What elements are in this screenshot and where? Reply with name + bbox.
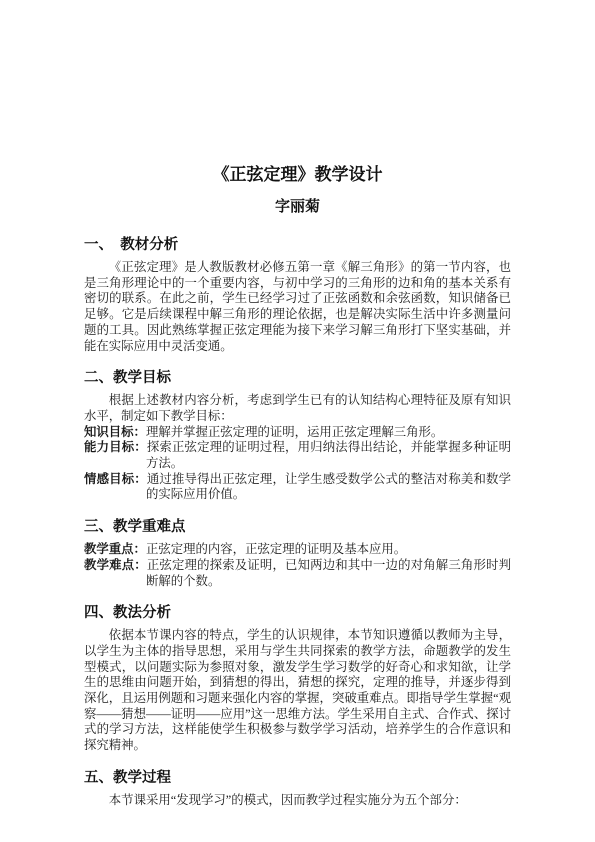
objective-item-ability: 能力目标：探索正弦定理的证明过程，用归纳法得出结论，并能掌握多种证明方法。 bbox=[84, 440, 511, 471]
document-page: 《正弦定理》教学设计 字丽菊 一、 教材分析 《正弦定理》是人教版教材必修五第一… bbox=[0, 0, 595, 842]
paragraph-teaching-process: 本节课采用“发现学习”的模式，因而教学过程实施分为五个部分： bbox=[84, 793, 511, 809]
point-text-key: 正弦定理的内容，正弦定理的证明及基本应用。 bbox=[146, 542, 406, 556]
point-text-difficult: 正弦定理的探索及证明，已知两边和其中一边的对角解三角形时判断解的个数。 bbox=[146, 558, 511, 588]
point-item-difficult: 教学难点：正弦定理的探索及证明，已知两边和其中一边的对角解三角形时判断解的个数。 bbox=[84, 558, 511, 589]
objective-text-emotion: 通过推导得出正弦定理，让学生感受数学公式的整洁对称美和数学的实际应用价值。 bbox=[146, 472, 511, 502]
document-title: 《正弦定理》教学设计 bbox=[84, 163, 511, 186]
objective-text-ability: 探索正弦定理的证明过程，用归纳法得出结论，并能掌握多种证明方法。 bbox=[146, 440, 511, 470]
section-heading-teaching-method-analysis: 四、教法分析 bbox=[84, 604, 511, 622]
objective-item-emotion: 情感目标：通过推导得出正弦定理，让学生感受数学公式的整洁对称美和数学的实际应用价… bbox=[84, 472, 511, 503]
section-heading-teaching-process: 五、教学过程 bbox=[84, 769, 511, 787]
objective-label-ability: 能力目标： bbox=[84, 440, 147, 454]
objective-text-knowledge: 理解并掌握正弦定理的证明，运用正弦定理解三角形。 bbox=[146, 425, 443, 439]
objective-label-knowledge: 知识目标： bbox=[84, 425, 146, 439]
document-author: 字丽菊 bbox=[84, 197, 511, 217]
point-label-difficult: 教学难点： bbox=[84, 558, 147, 572]
objective-label-emotion: 情感目标： bbox=[84, 472, 147, 486]
point-item-key: 教学重点：正弦定理的内容，正弦定理的证明及基本应用。 bbox=[84, 542, 511, 558]
section-heading-teaching-objectives: 二、教学目标 bbox=[84, 369, 511, 387]
paragraph-objectives-intro: 根据上述教材内容分析，考虑到学生已有的认知结构心理特征及原有知识水平，制定如下教… bbox=[84, 393, 511, 424]
section-heading-key-difficult-points: 三、教学重难点 bbox=[84, 518, 511, 536]
paragraph-material-analysis: 《正弦定理》是人教版教材必修五第一章《解三角形》的第一节内容，也是三角形理论中的… bbox=[84, 260, 511, 354]
objective-item-knowledge: 知识目标：理解并掌握正弦定理的证明，运用正弦定理解三角形。 bbox=[84, 425, 511, 441]
section-heading-material-analysis: 一、 教材分析 bbox=[84, 236, 511, 254]
paragraph-teaching-method: 依据本节课内容的特点，学生的认识规律，本节知识遵循以教师为主导，以学生为主体的指… bbox=[84, 628, 511, 754]
point-label-key: 教学重点： bbox=[84, 542, 146, 556]
